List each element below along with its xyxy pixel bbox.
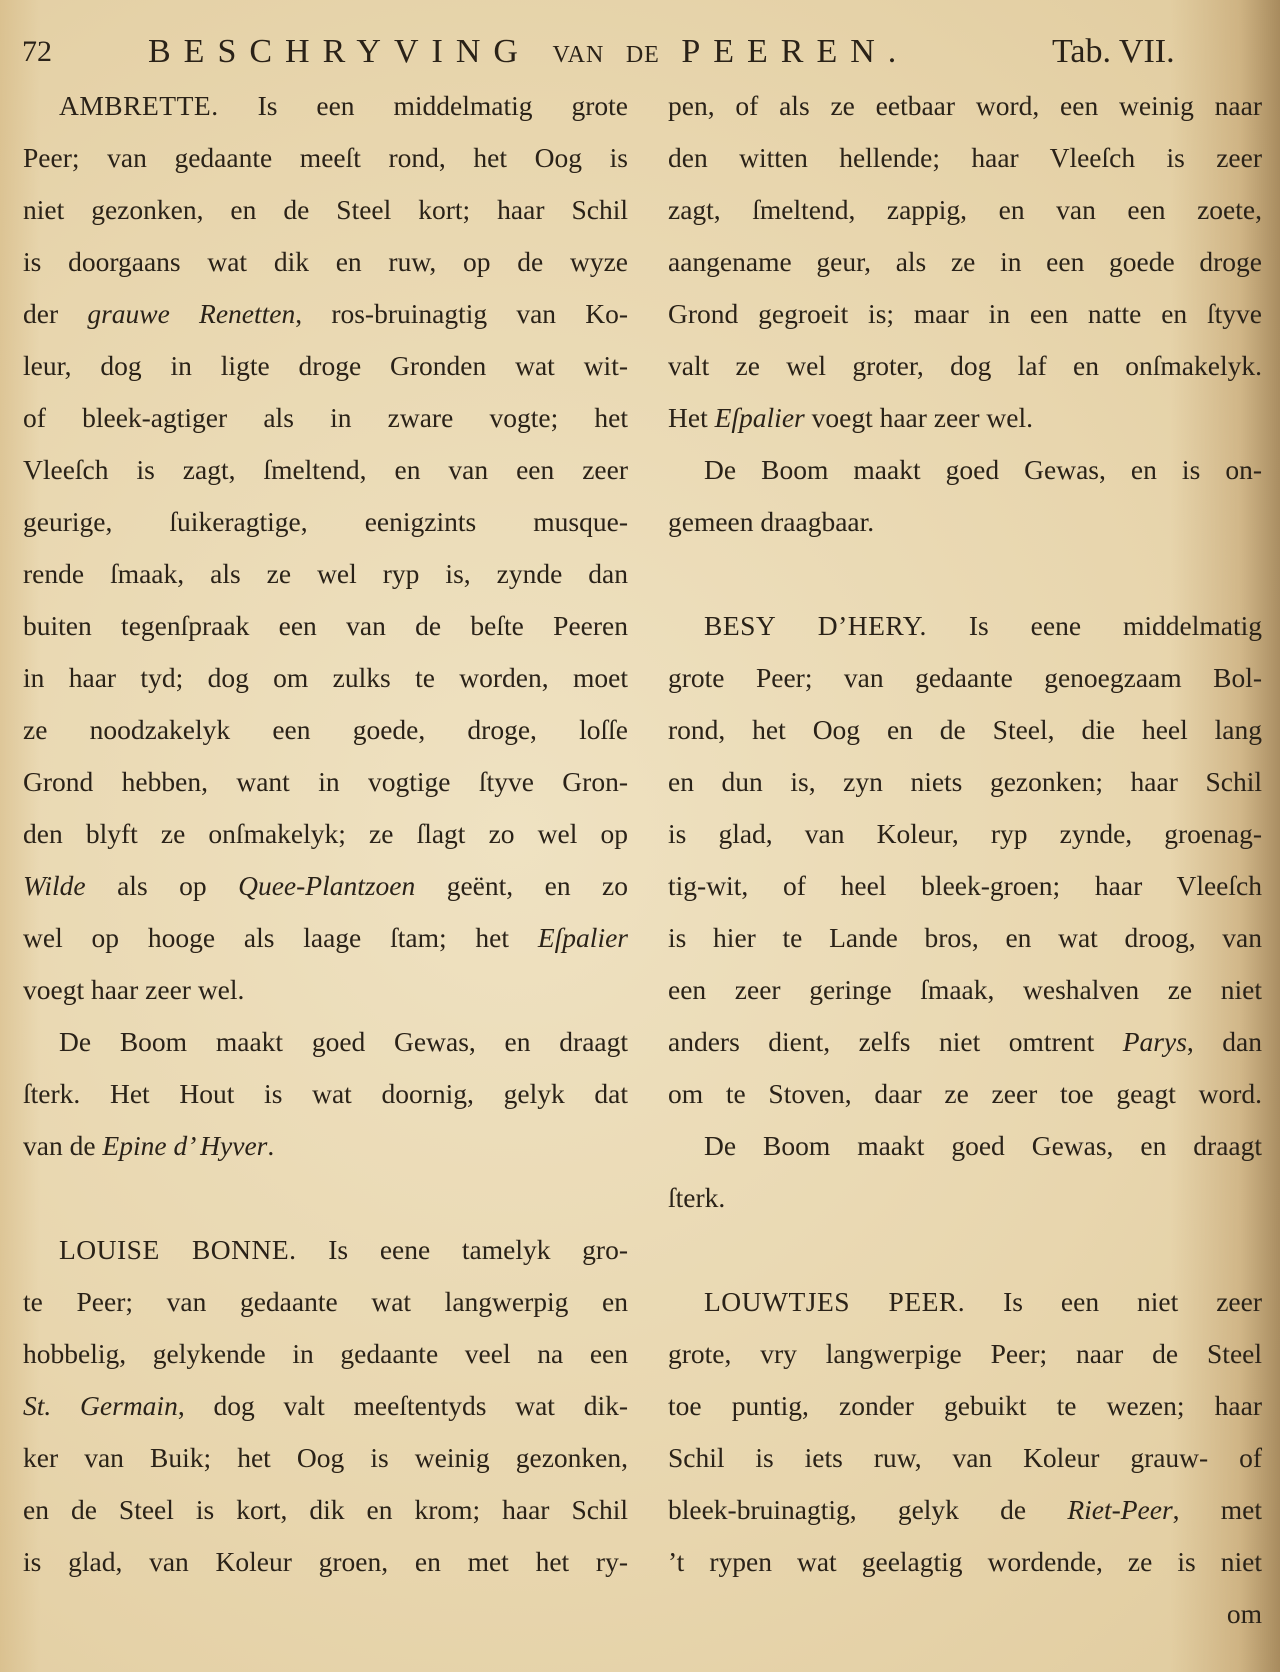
text-segment: , ros-bruinagtig van Ko- [295, 298, 628, 329]
text-line: De Boom maakt goed Gewas, en draagt [23, 1016, 628, 1068]
text-line: Peer; van gedaante meeſt rond, het Oog i… [23, 132, 628, 184]
text-segment: voegt haar zeer wel. [805, 402, 1033, 433]
text-line: buiten tegenſpraak een van de beſte Peer… [23, 600, 628, 652]
text-line: en dun is, zyn niets gezonken; haar Schi… [668, 756, 1262, 808]
text-segment: Is een middelmatig grote [258, 90, 628, 121]
entry-ambrette-continued: pen, of als ze eetbaar word, een weinig … [668, 80, 1262, 548]
text-line: leur, dog in ligte droge Gronden wat wit… [23, 340, 628, 392]
text-line: geurige, ſuikeragtige, eenigzints musque… [23, 496, 628, 548]
text-line: of bleek-agtiger als in zware vogte; het [23, 392, 628, 444]
text-line: LOUWTJES PEER. Is een niet zeer [668, 1276, 1262, 1328]
italic-term: Eſpalier [715, 402, 805, 433]
text-line: ze noodzakelyk een goede, droge, loſſe [23, 704, 628, 756]
entry-heading: BESY D’HERY. [704, 610, 927, 641]
text-segment: Is een niet zeer [965, 1286, 1262, 1317]
text-line: om te Stoven, daar ze zeer toe geagt wor… [668, 1068, 1262, 1120]
tab-number: VII. [1119, 33, 1175, 70]
text-line: hobbelig, gelykende in gedaante veel na … [23, 1328, 628, 1380]
plate-reference: Tab. VII. [1052, 30, 1175, 74]
italic-term: Eſpalier [538, 922, 628, 953]
text-segment: geënt, en zo [415, 870, 628, 901]
text-segment: bleek-bruinagtig, gelyk de [668, 1494, 1067, 1525]
text-line: ’t rypen wat geelagtig wordende, ze is n… [668, 1536, 1262, 1588]
italic-term: Wilde [23, 870, 86, 901]
page-number: 72 [22, 30, 52, 74]
entry-heading: AMBRETTE. [59, 90, 219, 121]
text-line: niet gezonken, en de Steel kort; haar Sc… [23, 184, 628, 236]
text-line: is doorgaans wat dik en ruw, op de wyze [23, 236, 628, 288]
text-line: zagt, ſmeltend, zappig, en van een zoete… [668, 184, 1262, 236]
text-line: grote Peer; van gedaante genoegzaam Bol- [668, 652, 1262, 704]
entry-heading: LOUISE BONNE. [59, 1234, 297, 1265]
entry-ambrette: AMBRETTE. Is een middelmatig grote Peer;… [23, 80, 628, 1172]
text-line: Vleeſch is zagt, ſmeltend, en van een ze… [23, 444, 628, 496]
text-segment: . [267, 1130, 274, 1161]
text-segment: Is eene tamelyk gro- [297, 1234, 628, 1265]
text-line: anders dient, zelfs niet omtrent Parys, … [668, 1016, 1262, 1068]
italic-term: Quee-Plantzoen [238, 870, 415, 901]
text-segment: Is eene middelmatig [927, 610, 1262, 641]
text-segment: wel op hooge als laage ſtam; het [23, 922, 538, 953]
text-line: ſterk. [668, 1172, 1262, 1224]
text-line: BESY D’HERY. Is eene middelmatig [668, 600, 1262, 652]
tab-label: Tab. [1052, 33, 1111, 70]
text-line: Schil is iets ruw, van Koleur grauw- of [668, 1432, 1262, 1484]
text-segment: als op [86, 870, 238, 901]
text-line: valt ze wel groter, dog laf en onſmakely… [668, 340, 1262, 392]
text-line: is glad, van Koleur groen, en met het ry… [23, 1536, 628, 1588]
text-line: van de Epine d’ Hyver. [23, 1120, 628, 1172]
text-line: AMBRETTE. Is een middelmatig grote [23, 80, 628, 132]
text-line: den witten hellende; haar Vleeſch is zee… [668, 132, 1262, 184]
italic-variety-name: St. Germain [23, 1390, 178, 1421]
text-line: gemeen draagbaar. [668, 496, 1262, 548]
text-line: Grond gegroeit is; maar in een natte en … [668, 288, 1262, 340]
italic-place-name: Parys [1123, 1026, 1187, 1057]
right-column: pen, of als ze eetbaar word, een weinig … [668, 80, 1262, 1640]
text-line: en de Steel is kort, dik en krom; haar S… [23, 1484, 628, 1536]
text-line: den blyft ze onſmakelyk; ze ſlagt zo wel… [23, 808, 628, 860]
text-line: grote, vry langwerpige Peer; naar de Ste… [668, 1328, 1262, 1380]
section-gap [668, 548, 1262, 600]
catchword: om [668, 1588, 1262, 1640]
text-segment: van de [23, 1130, 102, 1161]
section-gap [23, 1172, 628, 1224]
text-line: tig-wit, of heel bleek-groen; haar Vleeſ… [668, 860, 1262, 912]
italic-variety-name: Riet-Peer [1067, 1494, 1172, 1525]
running-head: 72 BESCHRYVING VAN DE PEEREN. Tab. VII. [22, 30, 1212, 74]
text-line: De Boom maakt goed Gewas, en draagt [668, 1120, 1262, 1172]
left-column: AMBRETTE. Is een middelmatig grote Peer;… [23, 80, 628, 1588]
text-line: ſterk. Het Hout is wat doornig, gelyk da… [23, 1068, 628, 1120]
text-line: toe puntig, zonder gebuikt te wezen; haa… [668, 1380, 1262, 1432]
text-segment: , dog valt meeſtentyds wat dik- [178, 1390, 628, 1421]
entry-besy-dhery: BESY D’HERY. Is eene middelmatig grote P… [668, 600, 1262, 1224]
text-segment: der [23, 298, 87, 329]
text-line: St. Germain, dog valt meeſtentyds wat di… [23, 1380, 628, 1432]
text-line: wel op hooge als laage ſtam; het Eſpalie… [23, 912, 628, 964]
text-line: in haar tyd; dog om zulks te worden, moe… [23, 652, 628, 704]
text-line: LOUISE BONNE. Is eene tamelyk gro- [23, 1224, 628, 1276]
title-de: DE [626, 42, 660, 68]
title-peeren: PEEREN. [681, 33, 909, 70]
text-line: Grond hebben, want in vogtige ſtyve Gron… [23, 756, 628, 808]
text-line: De Boom maakt goed Gewas, en is on- [668, 444, 1262, 496]
text-line: is glad, van Koleur, ryp zynde, groenag- [668, 808, 1262, 860]
text-segment: , dan [1187, 1026, 1262, 1057]
book-page: 72 BESCHRYVING VAN DE PEEREN. Tab. VII. … [0, 0, 1280, 1672]
text-line: pen, of als ze eetbaar word, een weinig … [668, 80, 1262, 132]
title-main: BESCHRYVING [148, 33, 531, 70]
text-segment: , met [1173, 1494, 1262, 1525]
text-line: aangename geur, als ze in een goede drog… [668, 236, 1262, 288]
entry-louise-bonne: LOUISE BONNE. Is eene tamelyk gro- te Pe… [23, 1224, 628, 1588]
italic-variety-name: grauwe Renetten [87, 298, 295, 329]
text-line: voegt haar zeer wel. [23, 964, 628, 1016]
italic-variety-name: Epine d’ Hyver [102, 1130, 267, 1161]
entry-louwtjes-peer: LOUWTJES PEER. Is een niet zeer grote, v… [668, 1276, 1262, 1640]
text-line: Het Eſpalier voegt haar zeer wel. [668, 392, 1262, 444]
running-title: BESCHRYVING VAN DE PEEREN. [148, 30, 909, 77]
text-line: een zeer geringe ſmaak, weshalven ze nie… [668, 964, 1262, 1016]
text-line: Wilde als op Quee-Plantzoen geënt, en zo [23, 860, 628, 912]
text-line: te Peer; van gedaante wat langwerpig en [23, 1276, 628, 1328]
text-segment: Het [668, 402, 715, 433]
section-gap [668, 1224, 1262, 1276]
title-van: VAN [552, 42, 604, 68]
text-line: is hier te Lande bros, en wat droog, van [668, 912, 1262, 964]
text-line: der grauwe Renetten, ros-bruinagtig van … [23, 288, 628, 340]
text-line: rond, het Oog en de Steel, die heel lang [668, 704, 1262, 756]
text-line: ker van Buik; het Oog is weinig gezonken… [23, 1432, 628, 1484]
entry-heading: LOUWTJES PEER. [704, 1286, 965, 1317]
text-line: bleek-bruinagtig, gelyk de Riet-Peer, me… [668, 1484, 1262, 1536]
text-segment: anders dient, zelfs niet omtrent [668, 1026, 1123, 1057]
text-line: rende ſmaak, als ze wel ryp is, zynde da… [23, 548, 628, 600]
